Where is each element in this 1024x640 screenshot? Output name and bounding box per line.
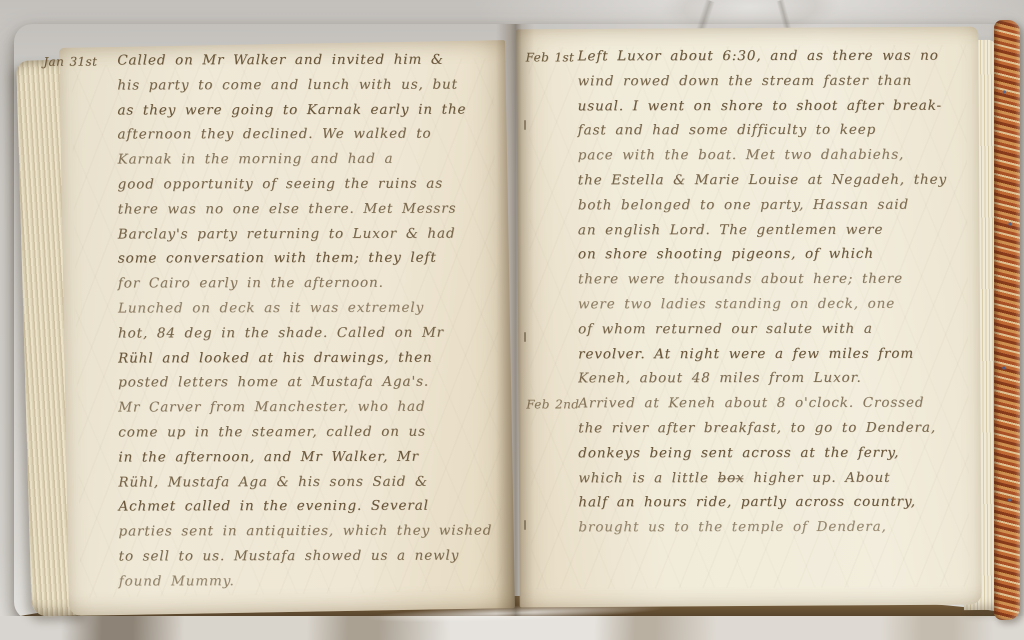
diary-line-text: Arrived at Keneh about 8 o'clock. Crosse… [578, 395, 924, 412]
diary-line-text: both belonged to one party, Hassan said [578, 197, 909, 214]
diary-line: half an hours ride, partly across countr… [578, 490, 986, 516]
diary-line-text: pace with the boat. Met two dahabiehs, [578, 147, 904, 164]
diary-line-text: posted letters home at Mustafa Aga's. [118, 374, 429, 391]
diary-line-text: usual. I went on shore to shoot after br… [578, 97, 942, 114]
diary-line: pace with the boat. Met two dahabiehs, [578, 143, 986, 169]
diary-line: on shore shooting pigeons, of which [578, 242, 986, 268]
diary-line-text: Mr Carver from Manchester, who had [118, 399, 425, 416]
diary-line-text: his party to come and lunch with us, but [117, 76, 458, 93]
diary-line: some conversation with them; they left [118, 246, 514, 272]
left-page-handwriting: Jan 31stCalled on Mr Walker and invited … [117, 47, 514, 594]
diary-line: there were thousands about here; there [578, 267, 986, 293]
diary-line: Feb 2ndArrived at Keneh about 8 o'clock.… [578, 391, 986, 417]
diary-line-text: for Cairo early in the afternoon. [118, 275, 384, 292]
diary-line-text: fast and had some difficulty to keep [578, 122, 876, 139]
diary-line-text: hot, 84 deg in the shade. Called on Mr [118, 324, 444, 341]
entry-date-label: Jan 31st [43, 50, 97, 75]
binding-stitch [524, 520, 526, 530]
diary-line-text: Left Luxor about 6:30, and as there was … [578, 48, 939, 65]
diary-line-text: as they were going to Karnak early in th… [117, 101, 466, 118]
binding-stitch [524, 332, 526, 342]
diary-line: in the afternoon, and Mr Walker, Mr [118, 444, 514, 470]
diary-line: as they were going to Karnak early in th… [117, 97, 513, 123]
diary-line: found Mummy. [119, 568, 515, 594]
diary-line: Achmet called in the evening. Several [118, 494, 514, 520]
photograph-open-diary: Jan 31stCalled on Mr Walker and invited … [0, 0, 1024, 640]
diary-line-text: donkeys being sent across at the ferry, [578, 445, 899, 462]
diary-line: Barclay's party returning to Luxor & had [118, 221, 514, 247]
diary-line-text: afternoon they declined. We walked to [117, 126, 431, 143]
diary-line: usual. I went on shore to shoot after br… [578, 93, 986, 119]
diary-line-text: wind rowed down the stream faster than [578, 73, 912, 90]
diary-line: which is a little b̶o̶x̶ higher up. Abou… [578, 465, 986, 491]
diary-line-text: Keneh, about 48 miles from Luxor. [578, 370, 862, 386]
diary-line: Feb 1stLeft Luxor about 6:30, and as the… [578, 44, 986, 70]
diary-line-text: on shore shooting pigeons, of which [578, 246, 874, 263]
diary-line: wind rowed down the stream faster than [578, 68, 986, 94]
diary-line: Mr Carver from Manchester, who had [118, 395, 514, 421]
diary-line: come up in the steamer, called on us [118, 419, 514, 445]
diary-line-text: found Mummy. [119, 573, 235, 589]
diary-line: posted letters home at Mustafa Aga's. [118, 370, 514, 396]
diary-line-text: Called on Mr Walker and invited him & [117, 52, 444, 69]
diary-line-text: to sell to us. Mustafa showed us a newly [119, 548, 460, 565]
diary-line-text: parties sent in antiquities, which they … [119, 523, 493, 540]
diary-line: Keneh, about 48 miles from Luxor. [578, 366, 986, 392]
diary-line: fast and had some difficulty to keep [578, 118, 986, 144]
diary-line: afternoon they declined. We walked to [117, 122, 513, 148]
diary-line: to sell to us. Mustafa showed us a newly [119, 543, 515, 569]
diary-line: the river after breakfast, to go to Dend… [578, 416, 986, 442]
diary-line-text: there were thousands about here; there [578, 271, 903, 288]
diary-line: for Cairo early in the afternoon. [118, 271, 514, 297]
diary-line: good opportunity of seeing the ruins as [118, 171, 514, 197]
diary-line: hot, 84 deg in the shade. Called on Mr [118, 320, 514, 346]
diary-line-text: Lunched on deck as it was extremely [118, 300, 424, 317]
diary-line: Rühl and looked at his drawings, then [118, 345, 514, 371]
diary-line: the Estella & Marie Louise at Negadeh, t… [578, 168, 986, 194]
diary-line-text: some conversation with them; they left [118, 250, 437, 267]
entry-date-label: Feb 2nd [526, 393, 579, 418]
diary-line-text: revolver. At night were a few miles from [578, 345, 914, 362]
diary-line: Jan 31stCalled on Mr Walker and invited … [117, 47, 513, 73]
diary-line-text: of whom returned our salute with a [578, 321, 873, 338]
diary-line: parties sent in antiquities, which they … [119, 519, 515, 545]
diary-line-text: Achmet called in the evening. Several [118, 498, 428, 515]
diary-line-text: good opportunity of seeing the ruins as [118, 176, 443, 193]
diary-line: revolver. At night were a few miles from [578, 341, 986, 367]
diary-line-text: come up in the steamer, called on us [118, 424, 426, 441]
marbled-cover-edge [994, 20, 1020, 620]
diary-line: there was no one else there. Met Messrs [118, 196, 514, 222]
diary-line: an english Lord. The gentlemen were [578, 217, 986, 243]
binding-stitch [524, 120, 526, 130]
entry-date-label: Feb 1st [526, 45, 575, 70]
diary-line-text: which is a little b̶o̶x̶ higher up. Abou… [578, 469, 890, 486]
diary-line: of whom returned our salute with a [578, 316, 986, 342]
diary-line-text: an english Lord. The gentlemen were [578, 221, 884, 238]
diary-line: both belonged to one party, Hassan said [578, 192, 986, 218]
diary-line: donkeys being sent across at the ferry, [578, 440, 986, 466]
diary-line-text: in the afternoon, and Mr Walker, Mr [118, 448, 419, 465]
diary-line-text: Rühl, Mustafa Aga & his sons Said & [118, 473, 428, 490]
diary-line-text: were two ladies standing on deck, one [578, 296, 895, 313]
diary-line-text: the Estella & Marie Louise at Negadeh, t… [578, 172, 947, 189]
diary-line-text: Barclay's party returning to Luxor & had [118, 225, 456, 242]
diary-line: his party to come and lunch with us, but [117, 72, 513, 98]
right-page-handwriting: Feb 1stLeft Luxor about 6:30, and as the… [578, 44, 987, 541]
diary-line-text: half an hours ride, partly across countr… [578, 494, 916, 511]
diary-line: brought us to the temple of Dendera, [578, 515, 986, 541]
diary-line-text: brought us to the temple of Dendera, [578, 519, 886, 536]
diary-line-text: Karnak in the morning and had a [118, 151, 394, 168]
diary-line-text: there was no one else there. Met Messrs [118, 200, 457, 217]
diary-line: Karnak in the morning and had a [118, 147, 514, 173]
diary-line-text: the river after breakfast, to go to Dend… [578, 420, 936, 437]
diary-line: Lunched on deck as it was extremely [118, 295, 514, 321]
diary-line: were two ladies standing on deck, one [578, 292, 986, 318]
diary-line-text: Rühl and looked at his drawings, then [118, 349, 433, 366]
diary-line: Rühl, Mustafa Aga & his sons Said & [118, 469, 514, 495]
